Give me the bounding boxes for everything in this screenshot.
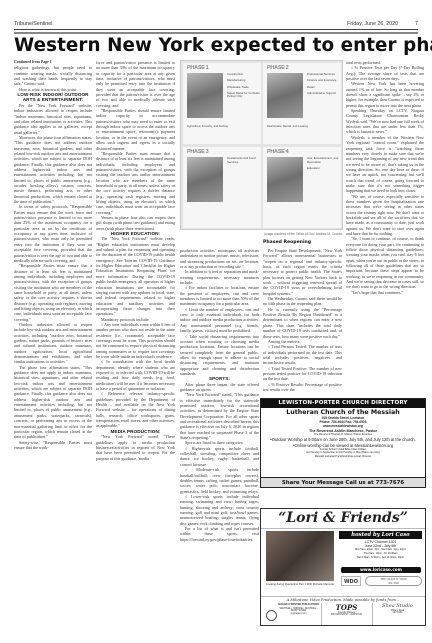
paragraph: Outdoor industries allowed to reopen inc… — [14, 322, 92, 365]
industry-item: Arts, Entertainment, and Recreation — [307, 157, 341, 164]
share-message-banner: Share Your Message Call us at 773-7676 — [261, 477, 425, 487]
tops-logo: TOPS — [322, 603, 371, 612]
masthead-rule — [14, 29, 418, 30]
sponsor-niagara-frontier: NIAGARA FRONTIER PUBLICATIONS SENTINEL •… — [265, 603, 320, 625]
sponsor-phone: 297-0181 — [373, 612, 422, 614]
sponsor-shea-studio: Shea Studio Military Road 297-0181 — [372, 603, 422, 625]
paragraph: √ Total Persons Tested: The number of te… — [263, 344, 342, 365]
phase-3-panel: PHASE 3 Restaurants and Food Services — [183, 147, 261, 228]
air-times: Sat 3:30am, 5:30pm - Sun 11:30am, 10pm — [339, 556, 422, 560]
paragraph: production activities' encompass all act… — [180, 248, 259, 269]
paragraph: √ Any time individuals come within 6 fee… — [96, 322, 175, 359]
church-website[interactable]: www.messiahlewiston.org — [261, 424, 425, 428]
granite-shop-phone: 402-3346 — [366, 582, 421, 586]
ad-title: “Lori & Friends” — [261, 510, 425, 529]
nfp-logo-icon — [266, 610, 277, 621]
paragraph: √ For indoor facilities or locations, en… — [180, 285, 259, 306]
phase-industries: Construction Manufacturing Wholesale Tra… — [227, 73, 261, 102]
paragraph: Speaking Thursday on LCTV, Niagara Count… — [346, 108, 424, 135]
milestone-credit: A Milestone Video Production. Made possi… — [261, 596, 425, 602]
phase-title: PHASE 1 — [187, 65, 208, 71]
paragraph: Wydysh, a member of the Western New York… — [346, 135, 424, 194]
paragraph: Western New York has been hovering aroun… — [346, 81, 424, 108]
article-column-5: total tests performed. √ % Positive Test… — [346, 60, 424, 295]
broadcast-schedule: LCTV Channel 1301 June 22nd - July 5th M… — [339, 540, 422, 559]
church-name: Lutheran Church of the Messiah — [261, 409, 425, 416]
photo-caption: Cooking during Quarantine Part 1 With Mi… — [265, 583, 335, 586]
paragraph: Per Empire State Development, "New York … — [263, 248, 342, 296]
phase-industries: Professional Services Finance and Insura… — [307, 73, 341, 98]
image-credit: Image courtesy of the Office of Gov. And… — [180, 232, 343, 236]
paragraph: religious gatherings, but people need to… — [14, 65, 92, 86]
paragraph: force and patron/visitor presence is lim… — [96, 60, 175, 108]
classroom-photo — [267, 157, 303, 202]
article-column-3: production activities' encompass all act… — [180, 248, 259, 542]
paragraph: Per the "New York Forward" website, indo… — [14, 103, 92, 135]
paragraph: "Responsible Parties should ensure limit… — [96, 108, 175, 151]
paragraph: The "New York Forward" website reads, "H… — [96, 236, 175, 316]
industry-item: Select Retail for Curbside Pickup Only — [227, 92, 261, 99]
industry-item: Finance and Insurance — [307, 79, 341, 83]
industry-item: Retail — [307, 86, 341, 90]
phase-1-panel: PHASE 1 Construction Manufacturing Whole… — [183, 63, 261, 144]
paragraph: √ Take social distancing requirements in… — [180, 334, 259, 377]
paragraph: For a list of what is and isn't permitte… — [180, 526, 259, 542]
article-column-2: force and patron/visitor presence is lim… — [96, 60, 175, 461]
phase-title: PHASE 2 — [267, 65, 288, 71]
paragraph: "New York Forward" stated, "This guidanc… — [180, 392, 259, 440]
publication-name: Tribune/Sentinel — [14, 21, 52, 27]
paragraph: "So, I want to continue, of course, to t… — [346, 236, 424, 289]
industry-item: Professional Services — [307, 73, 341, 77]
paragraph: In addition to 6 feet of separation and … — [180, 269, 259, 285]
phase-footer: Real Estate, Rental, and Leasing — [267, 124, 308, 128]
outdoor-worship: •Outdoor Worship at 9:00am on June 28th,… — [261, 437, 425, 442]
sponsor-address: 906 CENTER ST., LEWISTON — [322, 614, 371, 616]
phase-industries: Restaurants and Food Services — [227, 157, 261, 167]
preschool: Messiah Lutheran PreSchool Rose Accari, … — [261, 455, 425, 458]
headline: Western New York expected to enter phase… — [14, 35, 418, 57]
paragraph: √ % Positive Tests per Day (7-Day Rollin… — [346, 65, 424, 81]
paragraph: √ Moderate-risk sports include baseball/… — [180, 467, 259, 494]
paragraph: In terms of safety protocols, "Responsib… — [14, 204, 92, 263]
paragraph: "We are, of course, especially sensitive… — [346, 194, 424, 237]
industry-item: Wholesale Trade — [227, 86, 261, 90]
restaurant-photo — [187, 157, 223, 202]
paragraph: Venues in phase four also can reopen the… — [96, 215, 175, 231]
church-directory-banner: LEWISTON-PORTER CHURCH DIRECTORY — [261, 399, 425, 408]
paragraph: The phase four affirmation states, "This… — [14, 365, 92, 440]
hosted-by-banner: hosted by Lori Caso — [339, 531, 422, 539]
paragraph: "Let's hope that that continues." — [346, 290, 424, 295]
sponsor-row: NIAGARA FRONTIER PUBLICATIONS SENTINEL •… — [265, 603, 421, 625]
phase-2-panel: PHASE 2 Professional Services Finance an… — [263, 63, 341, 144]
paragraph: √ In consultation with the local health … — [96, 359, 175, 391]
construction-photo — [187, 73, 223, 118]
paragraph: √ Higher-risk sports include football, v… — [180, 446, 259, 467]
article-column-4: Per Empire State Development, "New York … — [263, 248, 342, 392]
cooking-show-photo — [266, 531, 334, 581]
paragraph: √ Total Tested Positive: The number of n… — [263, 366, 342, 382]
industry-item: Administrative Support — [307, 92, 341, 96]
industry-item: Manufacturing — [227, 79, 261, 83]
paragraph: √ Limit the number of employees, cast an… — [180, 307, 259, 334]
paragraph: "Responsible Parties must ensure that a … — [14, 263, 92, 322]
phase-industries: Arts, Entertainment, and Recreation Educ… — [307, 157, 341, 173]
issue-date: Friday, June 26, 2020 — [347, 21, 398, 27]
industry-item: Construction — [227, 73, 261, 77]
paragraph: √ Lower-risk sports include individual r… — [180, 494, 259, 526]
paragraph: √ Reference relevant industry-specific g… — [96, 391, 175, 428]
lori-and-friends-ad: “Lori & Friends” Cooking during Quaranti… — [260, 508, 426, 626]
paragraph: √ % Positive Results: Percentage of posi… — [263, 382, 342, 393]
office-photo — [267, 73, 303, 118]
granite-shop-logo: THE GRANITE SHOP 402-3346 — [365, 576, 422, 586]
paragraph: He is currently using the "Percentage Po… — [263, 307, 342, 339]
article-column-1: Continued from Page 1 religious gatherin… — [14, 60, 92, 450]
section-heading: LOW-RISK INDOOR/ OUTDOOR ARTS & ENTERTAI… — [14, 92, 92, 103]
phase-graphic: PHASE 1 Construction Manufacturing Whole… — [180, 60, 343, 230]
paragraph: After phase three began, the state offer… — [180, 382, 259, 393]
paragraph: "New York Forward" noted, "These guideli… — [96, 434, 175, 461]
paragraph: Safety-wise, "Responsible Parties must e… — [14, 440, 92, 451]
paragraph: "Responsible Parties must ensure that a … — [96, 151, 175, 215]
industry-item: Education — [307, 167, 341, 171]
phase-footer: Agriculture, Forestry, and Fishing — [187, 124, 228, 128]
website-link[interactable]: www.loricaso.com — [341, 567, 421, 573]
wdo-logo: WDO — [341, 576, 361, 586]
church-directory-ad: LEWISTON-PORTER CHURCH DIRECTORY Luthera… — [260, 398, 426, 488]
phase-title: PHASE 4 — [267, 149, 288, 155]
industry-item: Restaurants and Food Services — [227, 157, 261, 164]
subhead-phased-reopening: Phased Reopening — [263, 240, 311, 245]
masthead-rule-thick — [14, 32, 418, 34]
page-number: 7 — [415, 21, 418, 27]
phase-title: PHASE 3 — [187, 149, 208, 155]
phase-4-panel: PHASE 4 Arts, Entertainment, and Recreat… — [263, 147, 341, 228]
sponsor-tops: TOPS Friendly Markets 906 CENTER ST., LE… — [321, 603, 371, 625]
paragraph: Moreover, the phase four affirmation sta… — [14, 135, 92, 204]
paragraph: On Wednesday, Cuomo said there would be … — [263, 296, 342, 307]
